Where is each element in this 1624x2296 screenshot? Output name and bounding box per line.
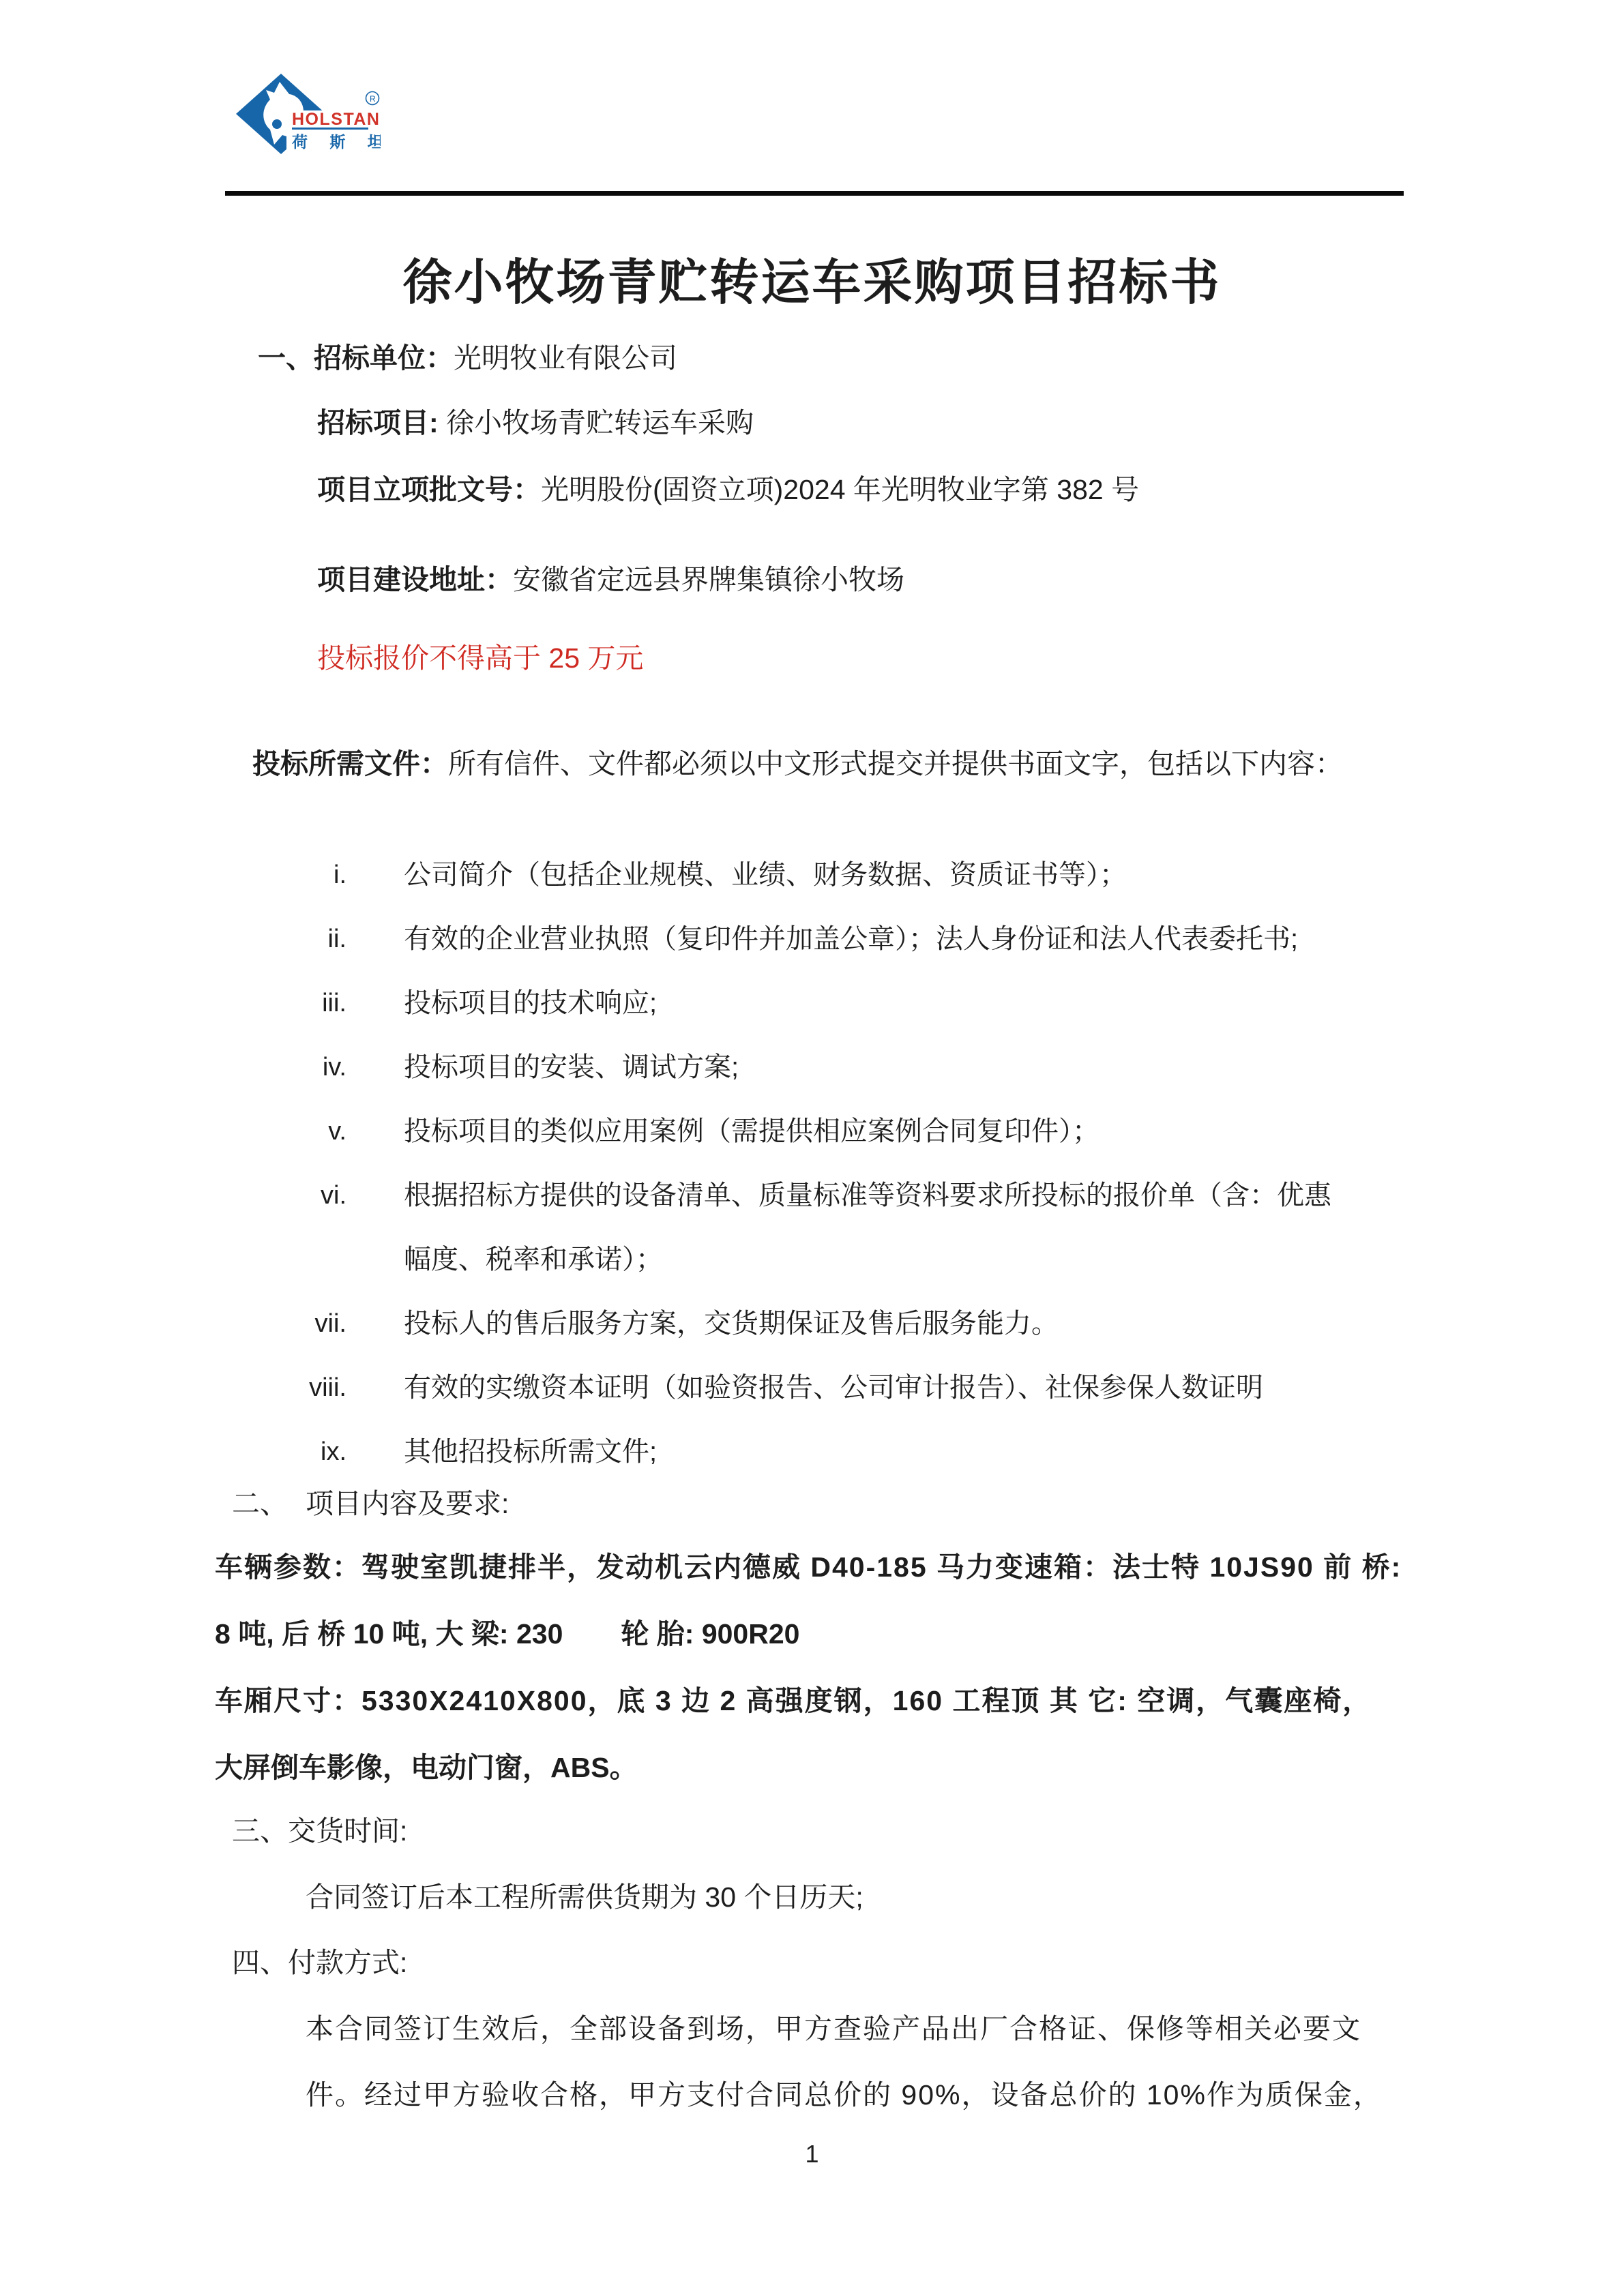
vehicle-params-line2: 8 吨, 后 桥 10 吨, 大 梁: 230轮 胎: 900R20 <box>215 1620 799 1648</box>
holstan-logo: HOLSTAN 荷 斯 坦 R <box>232 72 381 161</box>
delivery-time-body: 合同签订后本工程所需供货期为 30 个日历天; <box>306 1883 863 1911</box>
tender-project-value: 徐小牧场青贮转运车采购 <box>446 407 754 438</box>
field-tender-project: 招标项目: 徐小牧场青贮转运车采购 <box>317 409 754 437</box>
registered-mark-r: R <box>370 94 376 104</box>
list-item-numeral: iv. <box>259 1035 346 1099</box>
required-document-item: i.公司简介（包括企业规模、业绩、财务数据、资质证书等）； <box>259 843 1460 907</box>
required-documents-list: i.公司简介（包括企业规模、业绩、财务数据、资质证书等）；ii.有效的企业营业执… <box>259 843 1460 1484</box>
tender-unit-label: 招标单位： <box>314 342 454 374</box>
approval-number-label: 项目立项批文号： <box>317 474 541 505</box>
required-documents-text: 所有信件、文件都必须以中文形式提交并提供书面文字，包括以下内容： <box>448 748 1343 779</box>
list-item-numeral: vii. <box>259 1292 346 1356</box>
list-item-numeral: viii. <box>259 1356 346 1420</box>
section4-heading: 四、付款方式: <box>232 1949 407 1977</box>
required-document-item: ix.其他招投标所需文件; <box>259 1420 1460 1484</box>
required-document-item: vii.投标人的售后服务方案，交货期保证及售后服务能力。 <box>259 1292 1460 1356</box>
cow-eye-dot <box>272 119 282 129</box>
payment-terms-line1: 本合同签订生效后，全部设备到场，甲方查验产品出厂合格证、保修等相关必要文 <box>306 2015 1361 2043</box>
project-address-label: 项目建设地址： <box>317 564 513 595</box>
list-item-text: 其他招投标所需文件; <box>404 1420 1460 1484</box>
section2-title: 项目内容及要求: <box>306 1490 509 1518</box>
section1-marker: 一、 <box>258 342 314 374</box>
document-page: HOLSTAN 荷 斯 坦 R 徐小牧场青贮转运车采购项目招标书 一、招标单位：… <box>0 0 1624 2296</box>
required-document-item: viii.有效的实缴资本证明（如验资报告、公司审计报告）、社保参保人数证明 <box>259 1356 1460 1420</box>
logo-brand-zh: 荷 斯 坦 <box>292 133 381 151</box>
approval-number-value: 光明股份(固资立项)2024 年光明牧业字第 382 号 <box>541 474 1139 505</box>
section2-marker: 二、 <box>232 1488 288 1519</box>
field-project-address: 项目建设地址：安徽省定远县界牌集镇徐小牧场 <box>317 566 904 594</box>
required-document-item: v.投标项目的类似应用案例（需提供相应案例合同复印件）； <box>259 1099 1460 1163</box>
tire-spec: 轮 胎: 900R20 <box>621 1620 799 1648</box>
list-item-text: 有效的实缴资本证明（如验资报告、公司审计报告）、社保参保人数证明 <box>404 1356 1460 1420</box>
section3-title: 交货时间: <box>288 1815 407 1847</box>
list-item-text: 投标项目的技术响应; <box>404 971 1460 1035</box>
required-documents-intro: 投标所需文件：所有信件、文件都必须以中文形式提交并提供书面文字，包括以下内容： <box>252 750 1343 778</box>
list-item-text: 幅度、税率和承诺）； <box>404 1227 1460 1292</box>
section3-heading: 三、交货时间: <box>232 1817 407 1845</box>
list-item-numeral: ii. <box>259 907 346 971</box>
required-document-item: iii.投标项目的技术响应; <box>259 971 1460 1035</box>
field-approval-number: 项目立项批文号：光明股份(固资立项)2024 年光明牧业字第 382 号 <box>317 476 1139 504</box>
vehicle-params-line4: 大屏倒车影像，电动门窗，ABS。 <box>215 1754 638 1782</box>
section3-marker: 三、 <box>232 1815 288 1847</box>
section4-title: 付款方式: <box>288 1947 407 1978</box>
list-item-text: 公司简介（包括企业规模、业绩、财务数据、资质证书等）； <box>404 843 1460 907</box>
list-item-text: 有效的企业营业执照（复印件并加盖公章）；法人身份证和法人代表委托书; <box>404 907 1460 971</box>
tender-unit-value: 光明牧业有限公司 <box>454 342 677 374</box>
page-title: 徐小牧场青贮转运车采购项目招标书 <box>0 243 1624 314</box>
required-documents-label: 投标所需文件： <box>252 748 448 779</box>
list-item-numeral: vi. <box>259 1163 346 1227</box>
required-document-item: iv.投标项目的安装、调试方案; <box>259 1035 1460 1099</box>
required-document-item: vi.根据招标方提供的设备清单、质量标准等资料要求所投标的报价单（含：优惠幅度、… <box>259 1163 1460 1292</box>
logo-underline <box>292 128 368 130</box>
vehicle-params-line3: 车厢尺寸：5330X2410X800，底 3 边 2 高强度钢，160 工程顶 … <box>215 1687 1372 1715</box>
section4-marker: 四、 <box>232 1947 288 1978</box>
payment-terms-line2: 件。经过甲方验收合格，甲方支付合同总价的 90%，设备总价的 10%作为质保金， <box>306 2081 1383 2109</box>
vehicle-params-line1: 车辆参数：驾驶室凯捷排半，发动机云内德威 D40-185 马力变速箱：法士特 1… <box>215 1553 1402 1581</box>
list-item-numeral: ix. <box>259 1420 346 1484</box>
page-number: 1 <box>0 2140 1624 2168</box>
header-divider <box>225 191 1404 196</box>
price-cap-notice: 投标报价不得高于 25 万元 <box>317 644 643 672</box>
list-item-numeral: v. <box>259 1099 346 1163</box>
list-item-numeral: iii. <box>259 971 346 1035</box>
list-item-numeral: i. <box>259 843 346 907</box>
axle-spec: 8 吨, 后 桥 10 吨, 大 梁: 230 <box>215 1618 563 1650</box>
list-item-text: 投标项目的类似应用案例（需提供相应案例合同复印件）； <box>404 1099 1460 1163</box>
required-document-item: ii.有效的企业营业执照（复印件并加盖公章）；法人身份证和法人代表委托书; <box>259 907 1460 971</box>
tender-project-label: 招标项目: <box>317 407 439 438</box>
section2-heading: 二、项目内容及要求: <box>232 1490 509 1518</box>
list-item-text: 根据招标方提供的设备清单、质量标准等资料要求所投标的报价单（含：优惠 <box>404 1163 1460 1227</box>
cow-diamond-logo-graphic: HOLSTAN 荷 斯 坦 R <box>232 72 381 161</box>
field-tender-unit: 一、招标单位：光明牧业有限公司 <box>258 344 677 372</box>
project-address-value: 安徽省定远县界牌集镇徐小牧场 <box>513 564 904 595</box>
logo-brand-en: HOLSTAN <box>292 110 380 129</box>
list-item-text: 投标项目的安装、调试方案; <box>404 1035 1460 1099</box>
list-item-text: 投标人的售后服务方案，交货期保证及售后服务能力。 <box>404 1292 1460 1356</box>
